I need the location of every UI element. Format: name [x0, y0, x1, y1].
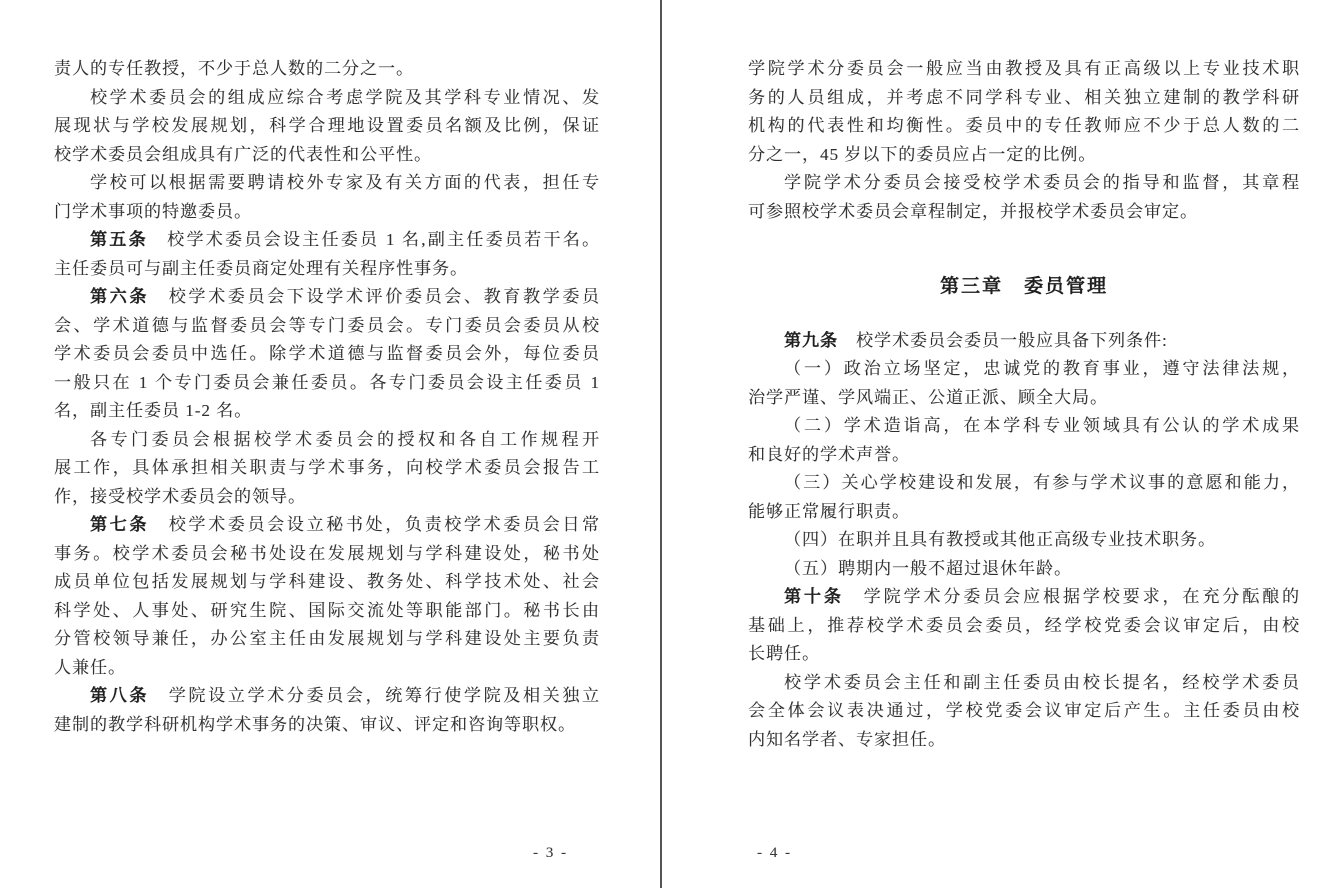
text-line: （二）学术造诣高，在本学科专业领域具有公认的学术成果 [748, 412, 1300, 441]
text-line: 第九条 校学术委员会委员一般应具备下列条件: [748, 327, 1300, 356]
article-number: 第六条 [90, 287, 149, 306]
text-line: 能够正常履行职责。 [748, 498, 1300, 527]
chapter-heading: 第三章 委员管理 [748, 273, 1300, 302]
text-line: 基础上，推荐校学术委员会委员，经学校党委会议审定后，由校 [748, 612, 1300, 641]
article-number: 第八条 [90, 686, 149, 705]
text-line: 机构的代表性和均衡性。委员中的专任教师应不少于总人数的二 [748, 112, 1300, 141]
text-line: 校学术委员会组成具有广泛的代表性和公平性。 [54, 141, 600, 170]
article-number: 第七条 [90, 515, 149, 534]
article-number: 第十条 [784, 587, 844, 606]
text-line: 可参照校学术委员会章程制定，并报校学术委员会审定。 [748, 198, 1300, 227]
text-line: 治学严谨、学风端正、公道正派、顾全大局。 [748, 384, 1300, 413]
text-line: 建制的教学科研机构学术事务的决策、审议、评定和咨询等职权。 [54, 711, 600, 740]
text-line: 校学术委员会的组成应综合考虑学院及其学科专业情况、发 [54, 84, 600, 113]
text-line: 一般只在 1 个专门委员会兼任委员。各专门委员会设主任委员 1 [54, 369, 600, 398]
text-line: 科学处、人事处、研究生院、国际交流处等职能部门。秘书长由 [54, 597, 600, 626]
page-4-content: 学院学术分委员会一般应当由教授及具有正高级以上专业技术职务的人员组成，并考虑不同… [748, 55, 1300, 754]
text-line: 第六条 校学术委员会下设学术评价委员会、教育教学委员 [54, 283, 600, 312]
text-line: 校学术委员会主任和副主任委员由校长提名，经校学术委员 [748, 669, 1300, 698]
text-line: 第七条 校学术委员会设立秘书处，负责校学术委员会日常 [54, 511, 600, 540]
text-line: （三）关心学校建设和发展，有参与学术议事的意愿和能力， [748, 469, 1300, 498]
text-line: 各专门委员会根据校学术委员会的授权和各自工作规程开 [54, 426, 600, 455]
text-line: 学校可以根据需要聘请校外专家及有关方面的代表，担任专 [54, 169, 600, 198]
text-line: 内知名学者、专家担任。 [748, 726, 1300, 755]
text-line: 人兼任。 [54, 654, 600, 683]
text-line: 第五条 校学术委员会设主任委员 1 名,副主任委员若干名。 [54, 226, 600, 255]
text-line: 务的人员组成，并考虑不同学科专业、相关独立建制的教学科研 [748, 84, 1300, 113]
text-line: 第十条 学院学术分委员会应根据学校要求，在充分酝酿的 [748, 583, 1300, 612]
page-3: 责人的专任教授，不少于总人数的二分之一。校学术委员会的组成应综合考虑学院及其学科… [54, 55, 600, 739]
text-line: 学院学术分委员会一般应当由教授及具有正高级以上专业技术职 [748, 55, 1300, 84]
page-number-3: - 3 - [533, 845, 568, 861]
article-number: 第五条 [90, 230, 148, 249]
text-line: 第八条 学院设立学术分委员会，统筹行使学院及相关独立 [54, 682, 600, 711]
text-line: （五）聘期内一般不超过退休年龄。 [748, 555, 1300, 584]
text-line: 作，接受校学术委员会的领导。 [54, 483, 600, 512]
page-number-4: - 4 - [757, 845, 792, 861]
text-line: 主任委员可与副主任委员商定处理有关程序性事务。 [54, 255, 600, 284]
text-line: 事务。校学术委员会秘书处设在发展规划与学科建设处，秘书处 [54, 540, 600, 569]
text-line: 分之一，45 岁以下的委员应占一定的比例。 [748, 141, 1300, 170]
text-line: 分管校领导兼任，办公室主任由发展规划与学科建设处主要负责 [54, 625, 600, 654]
document-scan: 责人的专任教授，不少于总人数的二分之一。校学术委员会的组成应综合考虑学院及其学科… [0, 0, 1325, 888]
text-line: （四）在职并且具有教授或其他正高级专业技术职务。 [748, 526, 1300, 555]
text-line: 成员单位包括发展规划与学科建设、教务处、科学技术处、社会 [54, 568, 600, 597]
page-4: 学院学术分委员会一般应当由教授及具有正高级以上专业技术职务的人员组成，并考虑不同… [748, 55, 1300, 754]
text-line: （一）政治立场坚定，忠诚党的教育事业，遵守法律法规， [748, 355, 1300, 384]
text-line: 展现状与学校发展规划，科学合理地设置委员名额及比例，保证 [54, 112, 600, 141]
text-line: 会全体会议表决通过，学校党委会议审定后产生。主任委员由校 [748, 697, 1300, 726]
text-line: 门学术事项的特邀委员。 [54, 198, 600, 227]
text-line: 责人的专任教授，不少于总人数的二分之一。 [54, 55, 600, 84]
text-line: 学院学术分委员会接受校学术委员会的指导和监督，其章程 [748, 169, 1300, 198]
article-number: 第九条 [784, 331, 838, 350]
page-divider-line [660, 0, 662, 888]
text-line: 会、学术道德与监督委员会等专门委员会。专门委员会委员从校 [54, 312, 600, 341]
text-line: 名，副主任委员 1-2 名。 [54, 397, 600, 426]
text-line: 长聘任。 [748, 640, 1300, 669]
text-line: 学术委员会委员中选任。除学术道德与监督委员会外，每位委员 [54, 340, 600, 369]
page-3-content: 责人的专任教授，不少于总人数的二分之一。校学术委员会的组成应综合考虑学院及其学科… [54, 55, 600, 739]
text-line: 和良好的学术声誉。 [748, 441, 1300, 470]
text-line: 展工作，具体承担相关职责与学术事务，向校学术委员会报告工 [54, 454, 600, 483]
